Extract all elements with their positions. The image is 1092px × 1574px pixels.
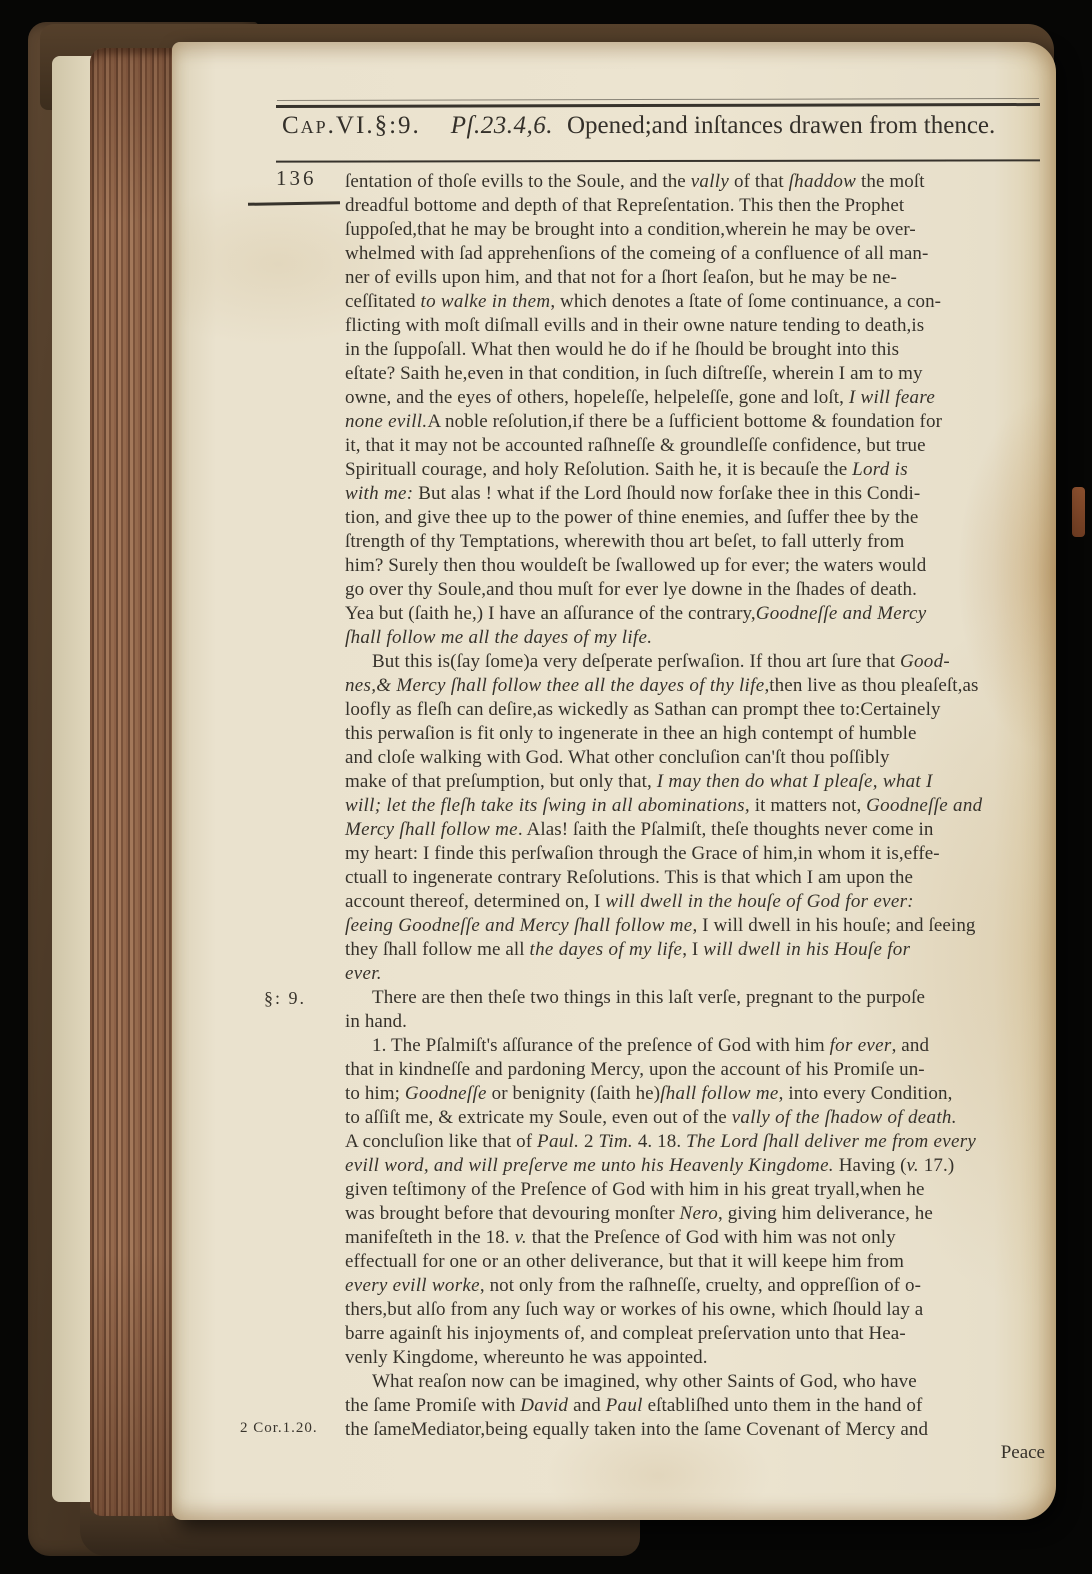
header-title: Opened;and inſtances drawen from thence. (567, 112, 995, 140)
text-line: was brought before that devouring monſte… (345, 1202, 1057, 1226)
text-line: thers,but alſo from any ſuch way or work… (345, 1298, 1057, 1322)
text-line: and cloſe walking with God. What other c… (345, 746, 1057, 770)
text-line: him? Surely then thou wouldeſt be ſwallo… (345, 554, 1057, 578)
text-line: this perwaſion is fit only to ingenerate… (345, 722, 1057, 746)
text-line: will; let the fleſh take its ſwing in al… (345, 794, 1057, 818)
text-line: flicting with moſt diſmall evills and in… (345, 314, 1057, 338)
margin-note-scripture: 2 Cor.1.20. (240, 1420, 318, 1437)
page-number-rule (248, 201, 340, 206)
text-line: ner of evills upon him, and that not for… (345, 266, 1057, 290)
text-line: Mercy ſhall follow me. Alas! ſaith the P… (345, 818, 1057, 842)
text-line: venly Kingdome, whereunto he was appoint… (345, 1346, 1057, 1370)
header-scripture-reference: Pſ.23.4,6. (451, 112, 553, 140)
header-rule-bottom (276, 159, 1040, 162)
body-text: ſentation of thoſe evills to the Soule, … (345, 170, 1057, 1442)
text-line: ſeeing Goodneſſe and Mercy ſhall follow … (345, 914, 1057, 938)
text-line: Yea but (ſaith he,) I have an aſſurance … (345, 602, 1057, 626)
text-line: they ſhall follow me all the dayes of my… (345, 938, 1057, 962)
text-line: A concluſion like that of Paul. 2 Tim. 4… (345, 1130, 1057, 1154)
book-page: Cap.VI.§:9. Pſ.23.4,6. Opened;and inſtan… (172, 42, 1056, 1520)
text-line: tion, and give thee up to the power of t… (345, 506, 1057, 530)
text-line: with me: But alas ! what if the Lord ſho… (345, 482, 1057, 506)
fore-edge-mark (1072, 487, 1085, 537)
text-line: loofly as fleſh can deſire,as wickedly a… (345, 698, 1057, 722)
header-chapter: Cap.VI.§:9. (282, 112, 421, 140)
text-line: to aſſiſt me, & extricate my Soule, even… (345, 1106, 1057, 1130)
text-line: in hand. (345, 1010, 1057, 1034)
text-line: owne, and the eyes of others, hopeleſſe,… (345, 386, 1057, 410)
text-line: ſhall follow me all the dayes of my life… (345, 626, 1057, 650)
text-line: ſuppoſed,that he may be brought into a c… (345, 218, 1057, 242)
text-line: none evill.A noble reſolution,if there b… (345, 410, 1057, 434)
text-line: manifeſteth in the 18. v. that the Preſe… (345, 1226, 1057, 1250)
text-line: every evill worke, not only from the raſ… (345, 1274, 1057, 1298)
text-line: But this is(ſay ſome)a very deſperate pe… (345, 650, 1057, 674)
catchword: Peace (345, 1442, 1045, 1464)
text-line: account thereof, determined on, I will d… (345, 890, 1057, 914)
text-line: go over thy Soule,and thou muſt for ever… (345, 578, 1057, 602)
text-line: eſtate? Saith he,even in that condition,… (345, 362, 1057, 386)
text-line: make of that preſumption, but only that,… (345, 770, 1057, 794)
text-line: Spirituall courage, and holy Reſolution.… (345, 458, 1057, 482)
text-line: that in kindneſſe and pardoning Mercy, u… (345, 1058, 1057, 1082)
text-line: given teſtimony of the Preſence of God w… (345, 1178, 1057, 1202)
text-line: in the ſuppoſall. What then would he do … (345, 338, 1057, 362)
page-fore-edges (90, 48, 184, 1516)
text-line: whelmed with ſad apprehenſions of the co… (345, 242, 1057, 266)
text-line: to him; Goodneſſe or benignity (ſaith he… (345, 1082, 1057, 1106)
text-line: nes,& Mercy ſhall follow thee all the da… (345, 674, 1057, 698)
text-line: ſtrength of thy Temptations, wherewith t… (345, 530, 1057, 554)
text-line: effectuall for one or an other deliveran… (345, 1250, 1057, 1274)
running-header: Cap.VI.§:9. Pſ.23.4,6. Opened;and inſtan… (282, 112, 1042, 140)
text-line: barre againſt his injoyments of, and com… (345, 1322, 1057, 1346)
header-rule-top (276, 103, 1040, 108)
text-line: ever. (345, 962, 1057, 986)
text-line: 1. The Pſalmiſt's aſſurance of the preſe… (345, 1034, 1057, 1058)
text-line: There are then theſe two things in this … (345, 986, 1057, 1010)
text-line: the ſameMediator,being equally taken int… (345, 1418, 1057, 1442)
text-line: dreadful bottome and depth of that Repre… (345, 194, 1057, 218)
text-line: evill word, and will preſerve me unto hi… (345, 1154, 1057, 1178)
text-line: my heart: I finde this perſwaſion throug… (345, 842, 1057, 866)
text-line: What reaſon now can be imagined, why oth… (345, 1370, 1057, 1394)
text-line: ſentation of thoſe evills to the Soule, … (345, 170, 1057, 194)
margin-note-section: §: 9. (264, 988, 306, 1009)
text-line: it, that it may not be accounted raſhneſ… (345, 434, 1057, 458)
photo-background: Cap.VI.§:9. Pſ.23.4,6. Opened;and inſtan… (0, 0, 1092, 1574)
text-line: ceſſitated to walke in them, which denot… (345, 290, 1057, 314)
page-number: 136 (276, 166, 317, 191)
text-line: the ſame Promiſe with David and Paul eſt… (345, 1394, 1057, 1418)
text-line: ctuall to ingenerate contrary Reſolution… (345, 866, 1057, 890)
